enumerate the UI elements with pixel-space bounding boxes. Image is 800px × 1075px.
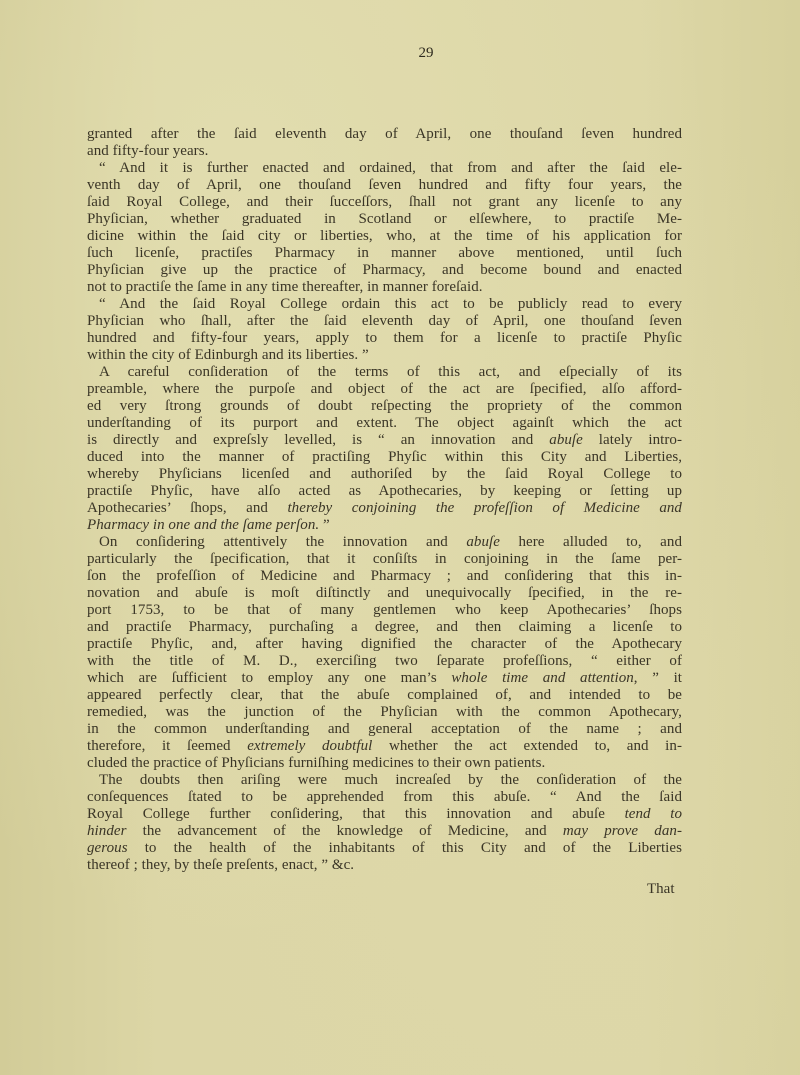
text-line: practiſe Phyſic, have alſo acted as Apot… (87, 483, 682, 500)
text-line: hinder the advancement of the knowledge … (87, 823, 682, 840)
text-line: ſuch licenſe, practiſes Pharmacy in mann… (87, 245, 682, 262)
text-line: Phyſician, whether graduated in Scotland… (87, 211, 682, 228)
text-line: “ And it is further enacted and ordained… (87, 160, 682, 177)
text-line: with the title of M. D., exerciſing two … (87, 653, 682, 670)
text-run: ” (319, 517, 330, 533)
text-run: lately intro- (583, 432, 682, 448)
text-line: preamble, where the purpoſe and object o… (87, 381, 682, 398)
text-line: conſequences ſtated to be apprehended fr… (87, 789, 682, 806)
text-line: underſtanding of its purport and extent.… (87, 415, 682, 432)
text-line: not to practiſe the ſame in any time the… (87, 279, 682, 296)
italic-phrase: extremely doubtful (247, 738, 372, 754)
text-run: the advancement of the knowledge of Medi… (126, 823, 562, 839)
text-line: and fifty-four years. (87, 143, 682, 160)
text-run: Apothecaries’ ſhops, and (87, 500, 287, 516)
text-line: Apothecaries’ ſhops, and thereby conjoin… (87, 500, 682, 517)
italic-phrase: whole time and attention (451, 670, 633, 686)
text-line: On conſidering attentively the innovatio… (87, 534, 682, 551)
text-line: particularly the ſpecification, that it … (87, 551, 682, 568)
text-line: novation and abuſe is moſt diſtinctly an… (87, 585, 682, 602)
text-line: Pharmacy in one and the ſame perſon. ” (87, 517, 682, 534)
body-text: granted after the ſaid eleventh day of A… (87, 126, 682, 874)
text-line: The doubts then ariſing were much increa… (87, 772, 682, 789)
text-line: whereby Phyſicians licenſed and authoriſ… (87, 466, 682, 483)
text-line: A careful conſideration of the terms of … (87, 364, 682, 381)
text-run: here alluded to, and (500, 534, 682, 550)
text-line: ſon the profeſſion of Medicine and Pharm… (87, 568, 682, 585)
page-number: 29 (0, 45, 800, 62)
text-line: dicine within the ſaid city or liberties… (87, 228, 682, 245)
text-line: port 1753, to be that of many gentlemen … (87, 602, 682, 619)
text-run: which are ſufficient to employ any one m… (87, 670, 451, 686)
catchword: That (647, 881, 675, 898)
text-line: gerous to the health of the inhabitants … (87, 840, 682, 857)
text-run: Royal College further conſidering, that … (87, 806, 625, 822)
italic-phrase: thereby conjoining the profeſſion of Med… (287, 500, 682, 516)
text-run: therefore, it ſeemed (87, 738, 247, 754)
italic-phrase: abuſe (466, 534, 500, 550)
text-line: granted after the ſaid eleventh day of A… (87, 126, 682, 143)
italic-phrase: abuſe (549, 432, 583, 448)
text-line: Phyſician give up the practice of Pharma… (87, 262, 682, 279)
text-line: cluded the practice of Phyſicians furniſ… (87, 755, 682, 772)
text-run: On conſidering attentively the innovatio… (99, 534, 466, 550)
text-line: thereof ; they, by theſe preſents, enact… (87, 857, 682, 874)
text-line: within the city of Edinburgh and its lib… (87, 347, 682, 364)
text-line: remedied, was the junction of the Phyſic… (87, 704, 682, 721)
italic-phrase: may prove dan- (563, 823, 682, 839)
italic-phrase: tend to (625, 806, 682, 822)
text-run: whether the act extended to, and in- (372, 738, 682, 754)
text-line: duced into the manner of practiſing Phyſ… (87, 449, 682, 466)
text-run: , ” it (634, 670, 682, 686)
text-line: Phyſician who ſhall, after the ſaid elev… (87, 313, 682, 330)
text-run: is directly and expreſsly levelled, is “… (87, 432, 549, 448)
text-line: hundred and fifty-four years, apply to t… (87, 330, 682, 347)
text-line: which are ſufficient to employ any one m… (87, 670, 682, 687)
text-line: therefore, it ſeemed extremely doubtful … (87, 738, 682, 755)
text-line: Royal College further conſidering, that … (87, 806, 682, 823)
text-line: and practiſe Pharmacy, purchaſing a degr… (87, 619, 682, 636)
text-line: practiſe Phyſic, and, after having digni… (87, 636, 682, 653)
text-line: “ And the ſaid Royal College ordain this… (87, 296, 682, 313)
text-line: appeared perfectly clear, that the abuſe… (87, 687, 682, 704)
italic-phrase: hinder (87, 823, 126, 839)
text-line: is directly and expreſsly levelled, is “… (87, 432, 682, 449)
text-run: to the health of the inhabitants of this… (128, 840, 682, 856)
text-line: in the common underſtanding and general … (87, 721, 682, 738)
text-line: ſaid Royal College, and their ſucceſſors… (87, 194, 682, 211)
text-line: venth day of April, one thouſand ſeven h… (87, 177, 682, 194)
italic-phrase: gerous (87, 840, 128, 856)
italic-phrase: Pharmacy in one and the ſame perſon. (87, 517, 319, 533)
text-line: ed very ſtrong grounds of doubt reſpecti… (87, 398, 682, 415)
